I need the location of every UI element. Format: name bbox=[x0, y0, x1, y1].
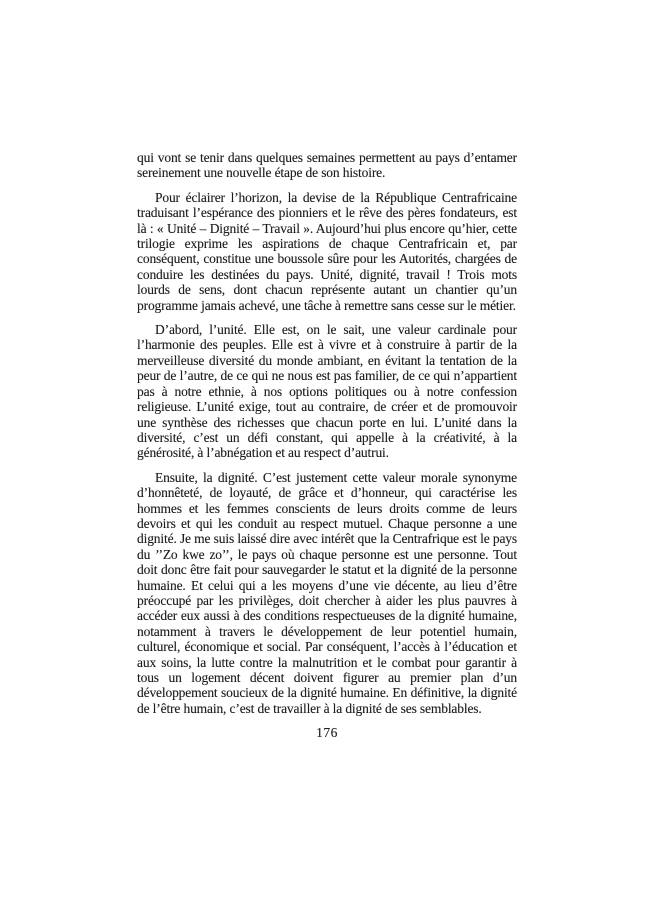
page-number: 176 bbox=[137, 725, 517, 740]
paragraph-unite: D’abord, l’unité. Elle est, on le sait, … bbox=[137, 322, 517, 461]
paragraph-devise: Pour éclairer l’horizon, la devise de la… bbox=[137, 190, 517, 313]
document-page: qui vont se tenir dans quelques semaines… bbox=[0, 0, 650, 920]
paragraph-continuation: qui vont se tenir dans quelques semaines… bbox=[137, 150, 517, 181]
page-text-block: qui vont se tenir dans quelques semaines… bbox=[137, 150, 517, 741]
paragraph-dignite: Ensuite, la dignité. C’est justement cet… bbox=[137, 470, 517, 717]
